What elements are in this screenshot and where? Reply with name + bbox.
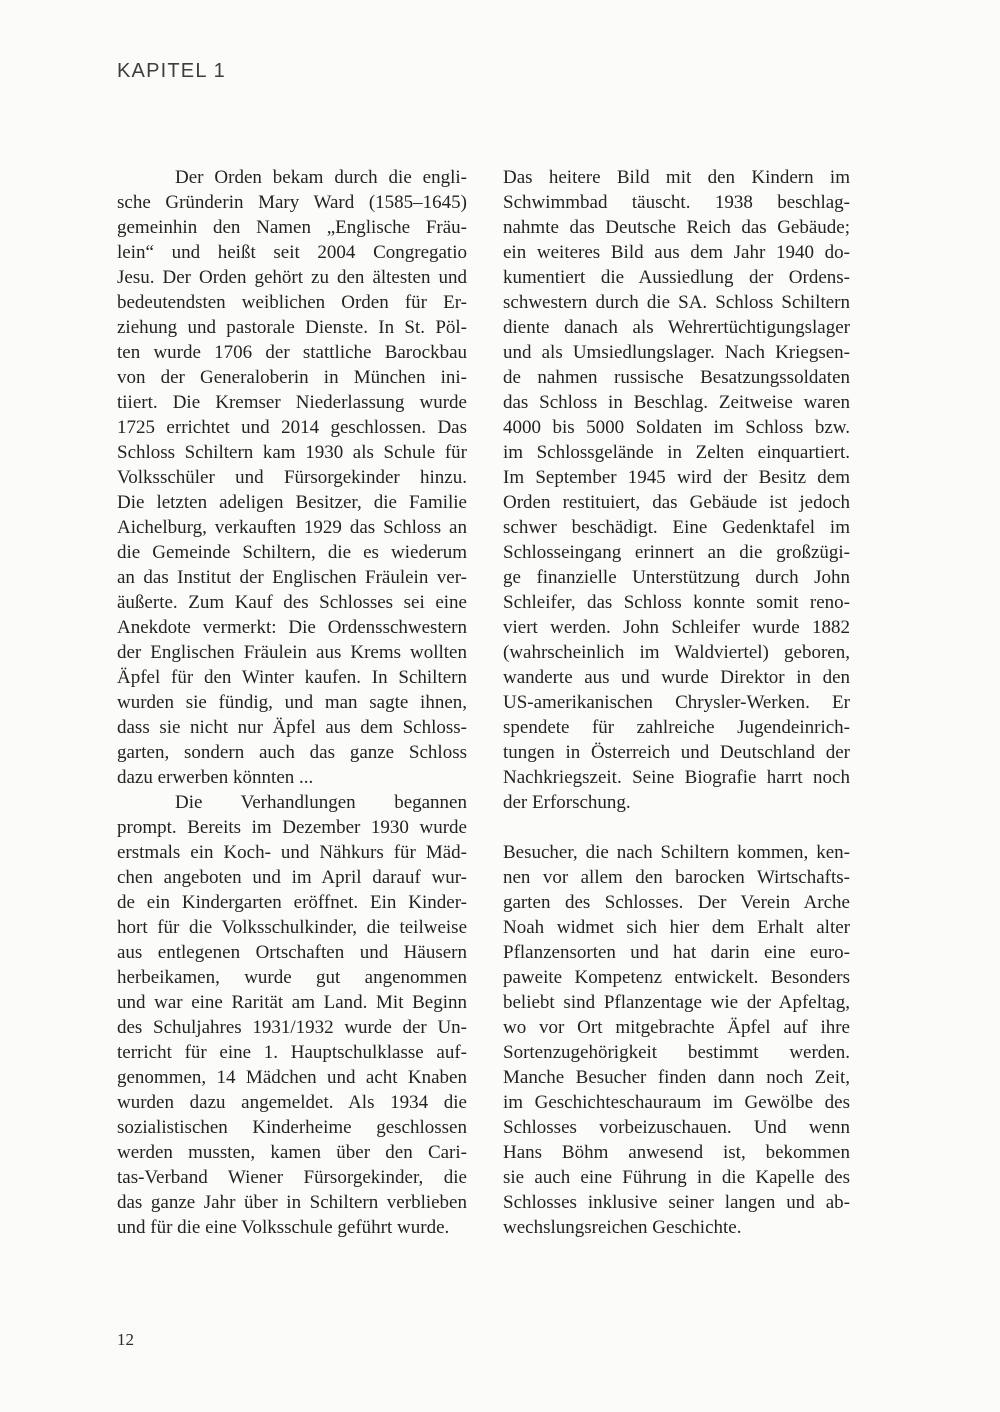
text-line: bedeutendsten weiblichen Orden für Er- bbox=[117, 290, 467, 315]
text-line: im Geschichteschauraum im Gewölbe des bbox=[503, 1090, 850, 1115]
text-line: Volksschüler und Fürsorgekinder hinzu. bbox=[117, 465, 467, 490]
left-column: Der Orden bekam durch die engli-sche Grü… bbox=[117, 165, 467, 1240]
text-line: paweite Kompetenz entwickelt. Besonders bbox=[503, 965, 850, 990]
text-line: Sortenzugehörigkeit bestimmt werden. bbox=[503, 1040, 850, 1065]
text-line: Äpfel für den Winter kaufen. In Schilter… bbox=[117, 665, 467, 690]
paragraph: Die Verhandlungen begannenprompt. Bereit… bbox=[117, 790, 467, 1240]
text-line: ten wurde 1706 der stattliche Barockbau bbox=[117, 340, 467, 365]
text-line: wanderte aus und wurde Direktor in den bbox=[503, 665, 850, 690]
text-line: und als Umsiedlungslager. Nach Kriegsen- bbox=[503, 340, 850, 365]
text-line: Schwimmbad täuscht. 1938 beschlag- bbox=[503, 190, 850, 215]
text-line: und für die eine Volksschule geführt wur… bbox=[117, 1215, 467, 1240]
text-line: der Englischen Fräulein aus Krems wollte… bbox=[117, 640, 467, 665]
text-line: viert werden. John Schleifer wurde 1882 bbox=[503, 615, 850, 640]
text-columns: Der Orden bekam durch die engli-sche Grü… bbox=[117, 165, 850, 1240]
text-line: wechslungsreichen Geschichte. bbox=[503, 1215, 850, 1240]
text-line: das ganze Jahr über in Schiltern verblie… bbox=[117, 1190, 467, 1215]
text-line: tiiert. Die Kremser Niederlassung wurde bbox=[117, 390, 467, 415]
text-line: (wahrscheinlich im Waldviertel) geboren, bbox=[503, 640, 850, 665]
text-line: das Schloss in Beschlag. Zeitweise waren bbox=[503, 390, 850, 415]
text-line: ziehung und pastorale Dienste. In St. Pö… bbox=[117, 315, 467, 340]
text-line: nahmte das Deutsche Reich das Gebäude; bbox=[503, 215, 850, 240]
text-line: Schlosseingang erinnert an die großzügi- bbox=[503, 540, 850, 565]
text-line: die Gemeinde Schiltern, die es wiederum bbox=[117, 540, 467, 565]
text-line: beliebt sind Pflanzentage wie der Apfelt… bbox=[503, 990, 850, 1015]
text-line: tungen in Österreich und Deutschland der bbox=[503, 740, 850, 765]
text-line: aus entlegenen Ortschaften und Häusern bbox=[117, 940, 467, 965]
text-line: Das heitere Bild mit den Kindern im bbox=[503, 165, 850, 190]
text-line: wurden sie fündig, und man sagte ihnen, bbox=[117, 690, 467, 715]
text-line: prompt. Bereits im Dezember 1930 wurde bbox=[117, 815, 467, 840]
text-line: schwer beschädigt. Eine Gedenktafel im bbox=[503, 515, 850, 540]
text-line: herbeikamen, wurde gut angenommen bbox=[117, 965, 467, 990]
text-line: Im September 1945 wird der Besitz dem bbox=[503, 465, 850, 490]
text-line: des Schuljahres 1931/1932 wurde der Un- bbox=[117, 1015, 467, 1040]
text-line: erstmals ein Koch- und Nähkurs für Mäd- bbox=[117, 840, 467, 865]
text-line: wurden dazu angemeldet. Als 1934 die bbox=[117, 1090, 467, 1115]
paragraph: Das heitere Bild mit den Kindern imSchwi… bbox=[503, 165, 850, 815]
text-line: Die letzten adeligen Besitzer, die Famil… bbox=[117, 490, 467, 515]
text-line: garten des Schlosses. Der Verein Arche bbox=[503, 890, 850, 915]
text-line: spendete für zahlreiche Jugendeinrich- bbox=[503, 715, 850, 740]
text-line: Hans Böhm anwesend ist, bekommen bbox=[503, 1140, 850, 1165]
text-line: wo vor Ort mitgebrachte Äpfel auf ihre bbox=[503, 1015, 850, 1040]
text-line: und war eine Rarität am Land. Mit Beginn bbox=[117, 990, 467, 1015]
text-line: Pflanzensorten und hat darin eine euro- bbox=[503, 940, 850, 965]
chapter-header: KAPITEL 1 bbox=[117, 60, 226, 83]
text-line: US-amerikanischen Chrysler-Werken. Er bbox=[503, 690, 850, 715]
paragraph: Besucher, die nach Schiltern kommen, ken… bbox=[503, 840, 850, 1240]
text-line: Jesu. Der Orden gehört zu den ältesten u… bbox=[117, 265, 467, 290]
text-line: Aichelburg, verkauften 1929 das Schloss … bbox=[117, 515, 467, 540]
text-line: Der Orden bekam durch die engli- bbox=[117, 165, 467, 190]
text-line: 4000 bis 5000 Soldaten im Schloss bzw. bbox=[503, 415, 850, 440]
text-line: Schloss Schiltern kam 1930 als Schule fü… bbox=[117, 440, 467, 465]
text-line: garten, sondern auch das ganze Schloss bbox=[117, 740, 467, 765]
text-line: hort für die Volksschulkinder, die teilw… bbox=[117, 915, 467, 940]
text-line: im Schlossgelände in Zelten einquartiert… bbox=[503, 440, 850, 465]
text-line: Schlosses inklusive seiner langen und ab… bbox=[503, 1190, 850, 1215]
text-line: dass sie nicht nur Äpfel aus dem Schloss… bbox=[117, 715, 467, 740]
text-line: werden mussten, kamen über den Cari- bbox=[117, 1140, 467, 1165]
text-line: an das Institut der Englischen Fräulein … bbox=[117, 565, 467, 590]
text-line: genommen, 14 Mädchen und acht Knaben bbox=[117, 1065, 467, 1090]
paragraph: Der Orden bekam durch die engli-sche Grü… bbox=[117, 165, 467, 790]
text-line: chen angeboten und im April darauf wur- bbox=[117, 865, 467, 890]
text-line: gemeinhin den Namen „Englische Fräu- bbox=[117, 215, 467, 240]
text-line: dazu erwerben könnten ... bbox=[117, 765, 467, 790]
text-line: der Erforschung. bbox=[503, 790, 850, 815]
text-line: terricht für eine 1. Hauptschulklasse au… bbox=[117, 1040, 467, 1065]
text-line: schwestern durch die SA. Schloss Schilte… bbox=[503, 290, 850, 315]
text-line: Noah widmet sich hier dem Erhalt alter bbox=[503, 915, 850, 940]
text-line: sie auch eine Führung in die Kapelle des bbox=[503, 1165, 850, 1190]
text-line: Schleifer, das Schloss konnte somit reno… bbox=[503, 590, 850, 615]
text-line: lein“ und heißt seit 2004 Congregatio bbox=[117, 240, 467, 265]
text-line: Anekdote vermerkt: Die Ordensschwestern bbox=[117, 615, 467, 640]
text-line: nen vor allem den barocken Wirtschafts- bbox=[503, 865, 850, 890]
text-line: Besucher, die nach Schiltern kommen, ken… bbox=[503, 840, 850, 865]
text-line: diente danach als Wehrertüchtigungslager bbox=[503, 315, 850, 340]
text-line: von der Generaloberin in München ini- bbox=[117, 365, 467, 390]
text-line: Nachkriegszeit. Seine Biografie harrt no… bbox=[503, 765, 850, 790]
text-line: de nahmen russische Besatzungssoldaten bbox=[503, 365, 850, 390]
text-line: sozialistischen Kinderheime geschlossen bbox=[117, 1115, 467, 1140]
text-line: 1725 errichtet und 2014 geschlossen. Das bbox=[117, 415, 467, 440]
text-line: de ein Kindergarten eröffnet. Ein Kinder… bbox=[117, 890, 467, 915]
book-page: KAPITEL 1 Der Orden bekam durch die engl… bbox=[0, 0, 1000, 1412]
text-line: ein weiteres Bild aus dem Jahr 1940 do- bbox=[503, 240, 850, 265]
text-line: kumentiert die Aussiedlung der Ordens- bbox=[503, 265, 850, 290]
text-line: Manche Besucher finden dann noch Zeit, bbox=[503, 1065, 850, 1090]
text-line: Die Verhandlungen begannen bbox=[117, 790, 467, 815]
text-line: äußerte. Zum Kauf des Schlosses sei eine bbox=[117, 590, 467, 615]
right-column: Das heitere Bild mit den Kindern imSchwi… bbox=[503, 165, 850, 1240]
text-line: Orden restituiert, das Gebäude ist jedoc… bbox=[503, 490, 850, 515]
text-line: tas-Verband Wiener Fürsorgekinder, die bbox=[117, 1165, 467, 1190]
text-line: Schlosses vorbeizuschauen. Und wenn bbox=[503, 1115, 850, 1140]
text-line: sche Gründerin Mary Ward (1585–1645) bbox=[117, 190, 467, 215]
text-line: ge finanzielle Unterstützung durch John bbox=[503, 565, 850, 590]
page-number: 12 bbox=[117, 1330, 134, 1350]
